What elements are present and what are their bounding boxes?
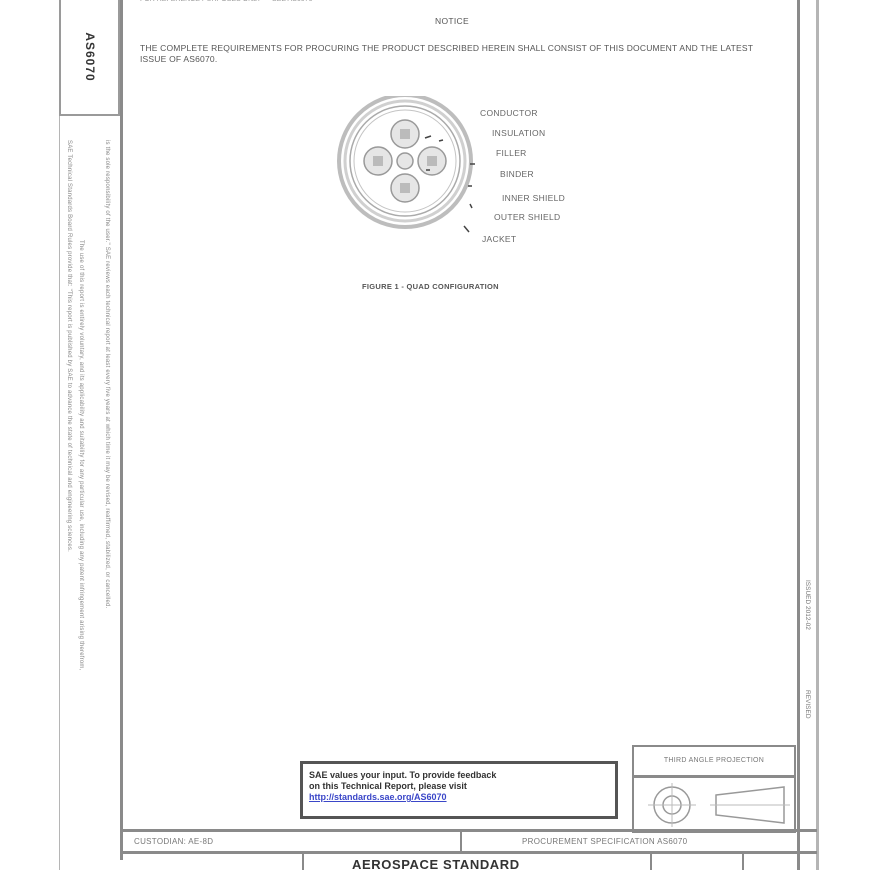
- notice-title: NOTICE: [435, 16, 469, 26]
- feedback-line-1: SAE values your input. To provide feedba…: [309, 770, 609, 781]
- label-conductor: CONDUCTOR: [480, 108, 538, 118]
- label-inner-shield: INNER SHIELD: [502, 193, 565, 203]
- page-left-border: [120, 0, 123, 860]
- title-block-divider-3: [742, 854, 744, 870]
- margin-left-line: [59, 116, 60, 870]
- feedback-line-2: on this Technical Report, please visit: [309, 781, 609, 792]
- notice-body: THE COMPLETE REQUIREMENTS FOR PROCURING …: [140, 43, 780, 65]
- document-number-box: AS6070: [59, 0, 120, 116]
- top-cutoff-text: FOR REFERENCE PURPOSES ONLY — SEE AS6070: [140, 0, 312, 3]
- feedback-link[interactable]: http://standards.sae.org/AS6070: [309, 792, 447, 802]
- third-angle-projection-icon: [634, 777, 794, 833]
- title-block-divider-1: [302, 854, 304, 870]
- page-outer-right-border: [816, 0, 819, 870]
- revision-strip: ISSUED 2012-02 REVISED: [797, 580, 815, 760]
- title-block-row: CUSTODIAN: AE-8D PROCUREMENT SPECIFICATI…: [120, 829, 817, 854]
- revised-label: REVISED: [804, 690, 811, 719]
- margin-notice-line-3: is the sole responsibility of the user."…: [104, 140, 110, 608]
- projection-box: THIRD ANGLE PROJECTION: [632, 745, 796, 833]
- margin-notice-line-1: SAE Technical Standards Board Rules prov…: [66, 140, 72, 552]
- label-outer-shield: OUTER SHIELD: [494, 212, 560, 222]
- quad-cable-figure: CONDUCTOR INSULATION FILLER BINDER INNER…: [330, 96, 610, 256]
- margin-notice-line-2: The use of this report is entirely volun…: [78, 240, 84, 670]
- feedback-box: SAE values your input. To provide feedba…: [300, 761, 618, 819]
- issued-date: ISSUED 2012-02: [804, 580, 811, 630]
- aerospace-standard-heading: AEROSPACE STANDARD: [352, 857, 520, 870]
- figure-caption: FIGURE 1 - QUAD CONFIGURATION: [362, 282, 499, 291]
- projection-title: THIRD ANGLE PROJECTION: [634, 747, 794, 778]
- label-binder: BINDER: [500, 169, 534, 179]
- label-filler: FILLER: [496, 148, 527, 158]
- title-row-divider: [460, 832, 462, 851]
- procurement-spec-text: PROCUREMENT SPECIFICATION AS6070: [522, 837, 687, 846]
- document-number: AS6070: [83, 32, 97, 81]
- custodian-text: CUSTODIAN: AE-8D: [134, 837, 213, 846]
- title-block-divider-2: [650, 854, 652, 870]
- cable-cross-section-icon: [330, 96, 480, 256]
- label-insulation: INSULATION: [492, 128, 545, 138]
- label-jacket: JACKET: [482, 234, 516, 244]
